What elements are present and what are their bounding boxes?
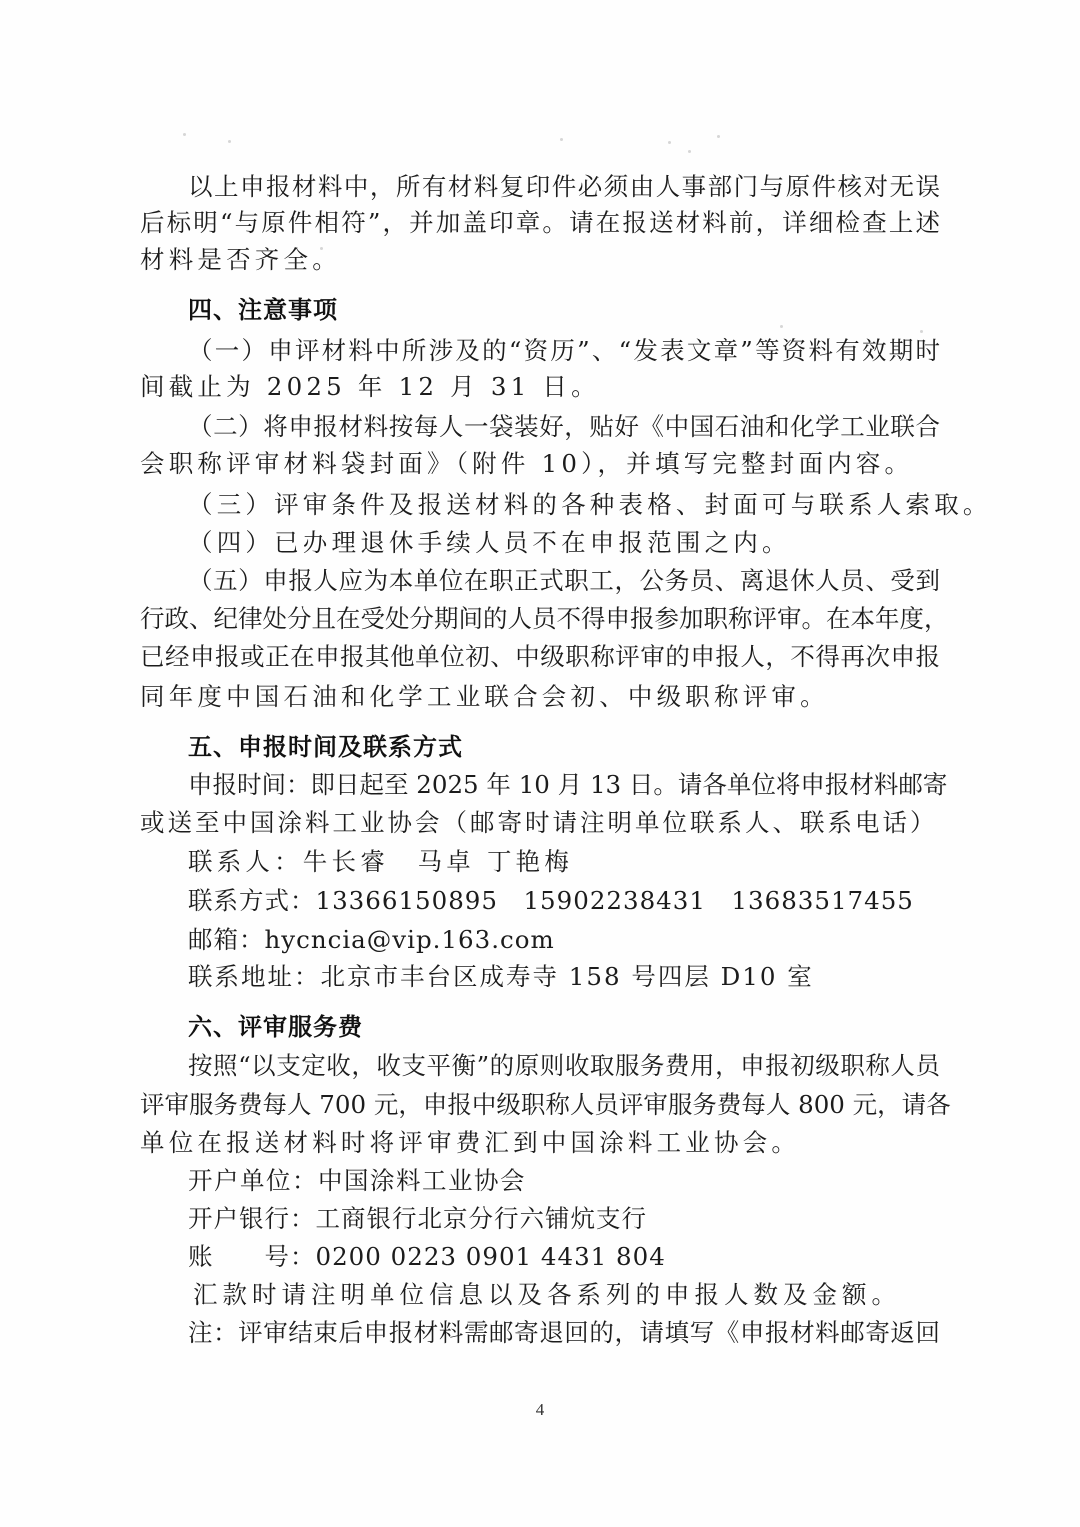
scan-speck	[717, 135, 720, 138]
contact-address: 联系地址：北京市丰台区成寿寺 158 号四层 D10 室	[188, 959, 940, 995]
paragraph-line: 已经申报或正在申报其他单位初、中级职称评审的申报人，不得再次申报	[140, 639, 940, 675]
paragraph-line: 按照“以支定收，收支平衡”的原则收取服务费用，申报初级职称人员	[188, 1048, 940, 1084]
paragraph-line: 会职称评审材料袋封面》（附件 10），并填写完整封面内容。	[140, 446, 940, 482]
paragraph-line: （三）评审条件及报送材料的各种表格、封面可与联系人索取。	[188, 487, 940, 523]
account-name: 开户单位：中国涂料工业协会	[188, 1163, 940, 1199]
paragraph-line: 后标明“与原件相符”，并加盖印章。请在报送材料前，详细检查上述	[140, 205, 940, 241]
paragraph-line: （一）申评材料中所涉及的“资历”、“发表文章”等资料有效期时	[188, 333, 940, 369]
paragraph-line: 汇款时请注明单位信息以及各系列的申报人数及金额。	[193, 1277, 993, 1313]
paragraph-line: 评审服务费每人 700 元，申报中级职称人员评审服务费每人 800 元，请各	[140, 1087, 940, 1123]
paragraph-line: （二）将申报材料按每人一袋装好，贴好《中国石油和化学工业联合	[188, 409, 940, 445]
paragraph-line: 间截止为 2025 年 12 月 31 日。	[140, 369, 940, 405]
scan-speck	[688, 150, 691, 153]
paragraph-line: 材料是否齐全。	[140, 242, 940, 278]
scan-speck	[183, 133, 186, 136]
paragraph-line: （四）已办理退休手续人员不在申报范围之内。	[188, 525, 940, 561]
paragraph-line: 注：评审结束后申报材料需邮寄退回的，请填写《申报材料邮寄返回	[188, 1315, 940, 1351]
paragraph-line: 以上申报材料中，所有材料复印件必须由人事部门与原件核对无误	[188, 169, 940, 205]
section-heading-fees: 六、评审服务费	[188, 1009, 363, 1045]
contact-phones: 联系方式：13366150895 15902238431 13683517455	[188, 883, 940, 919]
section-heading-notes: 四、注意事项	[188, 292, 338, 328]
scan-speck	[228, 140, 231, 143]
bank-name: 开户银行：工商银行北京分行六铺炕支行	[188, 1201, 940, 1237]
paragraph-line: 行政、纪律处分且在受处分期间的人员不得申报参加职称评审。在本年度，	[140, 601, 940, 637]
scan-speck	[560, 138, 563, 141]
scan-speck	[780, 325, 783, 328]
paragraph-line: 或送至中国涂料工业协会（邮寄时请注明单位联系人、联系电话）	[140, 805, 940, 841]
section-heading-contact: 五、申报时间及联系方式	[188, 729, 463, 765]
page-number: 4	[0, 1400, 1080, 1420]
paragraph-line: （五）申报人应为本单位在职正式职工，公务员、离退休人员、受到	[188, 563, 940, 599]
contact-email: 邮箱：hycncia@vip.163.com	[188, 922, 940, 958]
paragraph-line: 单位在报送材料时将评审费汇到中国涂料工业协会。	[140, 1125, 940, 1161]
account-number: 账 号：0200 0223 0901 4431 804	[188, 1239, 940, 1275]
contact-people: 联系人：牛长睿 马卓 丁艳梅	[188, 844, 940, 880]
document-page: 以上申报材料中，所有材料复印件必须由人事部门与原件核对无误 后标明“与原件相符”…	[0, 0, 1080, 1527]
scan-speck	[668, 141, 671, 144]
paragraph-line: 申报时间：即日起至 2025 年 10 月 13 日。请各单位将申报材料邮寄	[188, 767, 940, 803]
paragraph-line: 同年度中国石油和化学工业联合会初、中级职称评审。	[140, 679, 940, 715]
